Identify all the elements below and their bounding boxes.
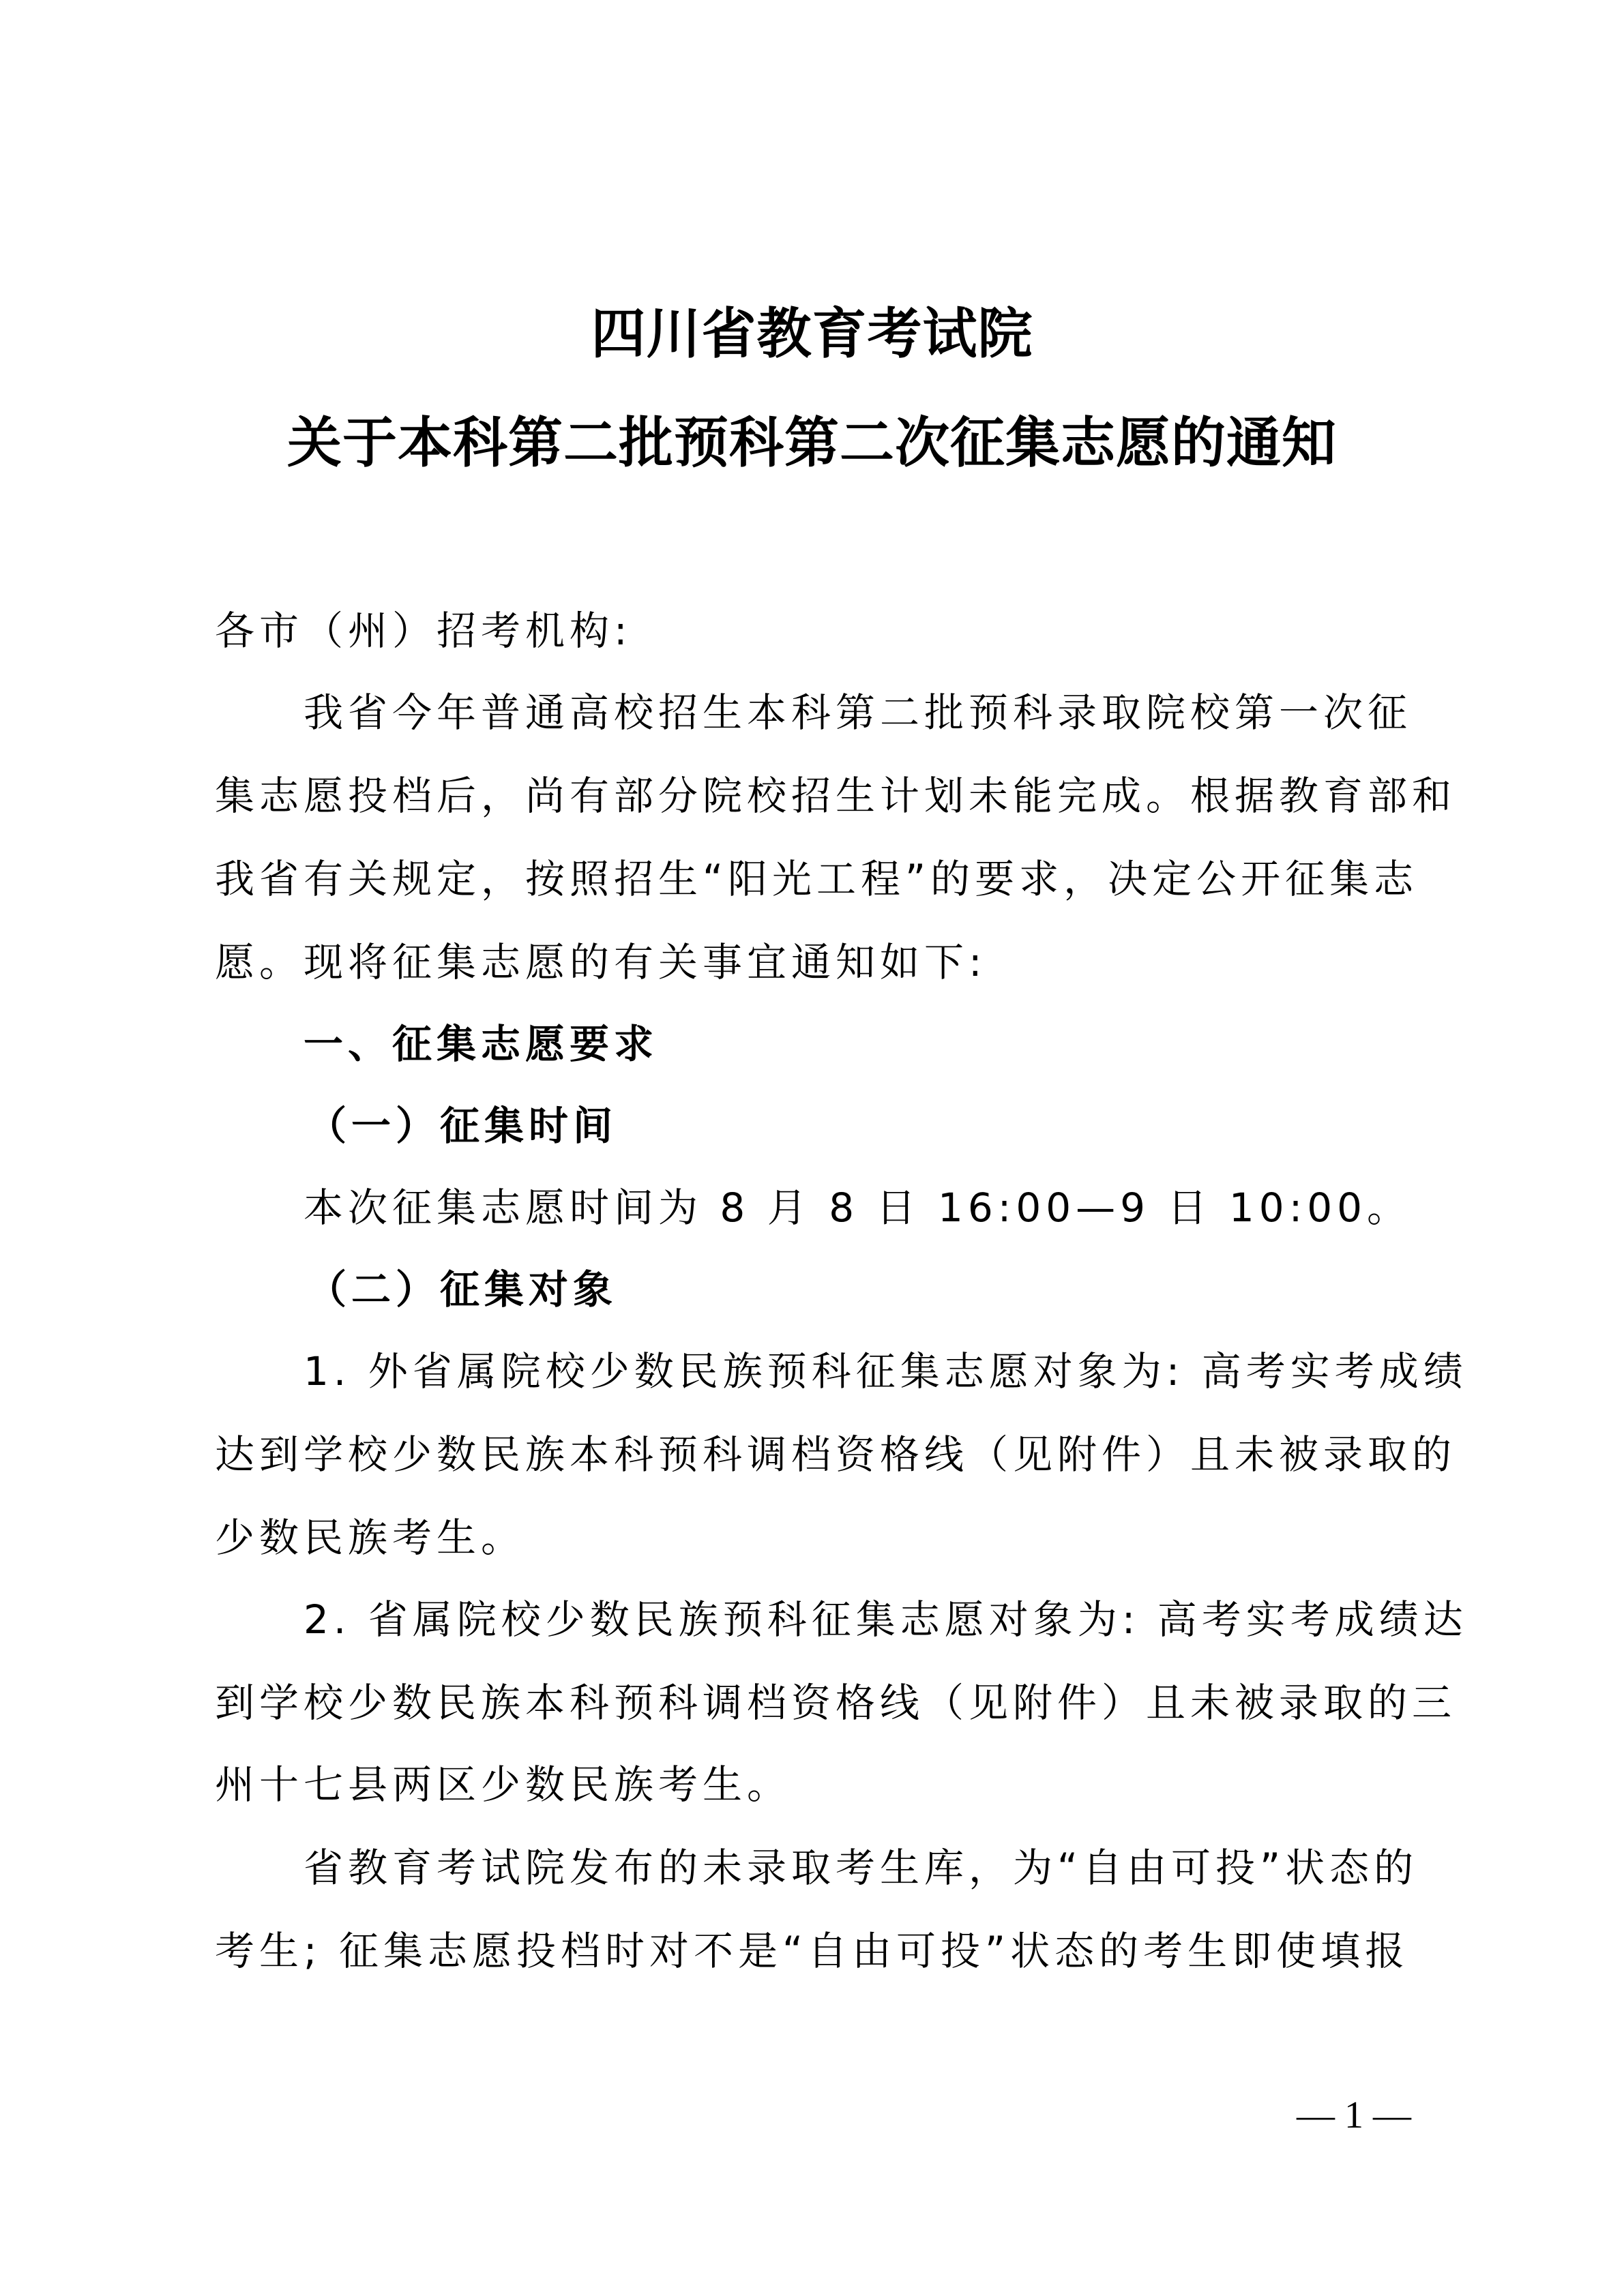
salutation: 各市（州）招考机构: [215, 600, 1422, 661]
intro-paragraph-line: 我省有关规定，按照招生“阳光工程”的要求，决定公开征集志 [215, 848, 1422, 910]
note-paragraph-line: 考生; 征集志愿投档时对不是“自由可投”状态的考生即使填报 [215, 1920, 1422, 1982]
subsection-heading: （一）征集时间 [307, 1095, 1514, 1157]
item-1-line: 1. 外省属院校少数民族预科征集志愿对象为: 高考实考成绩 [304, 1341, 1422, 1402]
note-paragraph-line: 省教育考试院发布的未录取考生库，为“自由可投”状态的 [304, 1837, 1422, 1898]
item-1-line: 少数民族考生。 [215, 1507, 1422, 1568]
item-2-line: 到学校少数民族本科预科调档资格线（见附件）且未被录取的三 [215, 1672, 1422, 1733]
document-title-issuer: 四川省教育考试院 [0, 290, 1624, 368]
subsection-heading: （二）征集对象 [307, 1259, 1514, 1320]
collection-time-text: 本次征集志愿时间为 8 月 8 日 16:00—9 日 10:00。 [304, 1177, 1422, 1238]
intro-paragraph-line: 集志愿投档后，尚有部分院校招生计划未能完成。根据教育部和 [215, 765, 1422, 826]
item-2-line: 州十七县两区少数民族考生。 [215, 1754, 1422, 1815]
document-page: 四川省教育考试院 关于本科第二批预科第二次征集志愿的通知 各市（州）招考机构: … [0, 0, 1624, 2296]
section-heading: 一、征集志愿要求 [304, 1013, 1422, 1075]
intro-paragraph-line: 愿。现将征集志愿的有关事宜通知如下: [215, 931, 1422, 993]
item-2-line: 2. 省属院校少数民族预科征集志愿对象为: 高考实考成绩达 [304, 1589, 1422, 1650]
document-title-subject: 关于本科第二批预科第二次征集志愿的通知 [0, 399, 1624, 477]
page-number: — 1 — [1282, 2093, 1426, 2137]
item-1-line: 达到学校少数民族本科预科调档资格线（见附件）且未被录取的 [215, 1424, 1422, 1485]
intro-paragraph-line: 我省今年普通高校招生本科第二批预科录取院校第一次征 [304, 682, 1422, 743]
